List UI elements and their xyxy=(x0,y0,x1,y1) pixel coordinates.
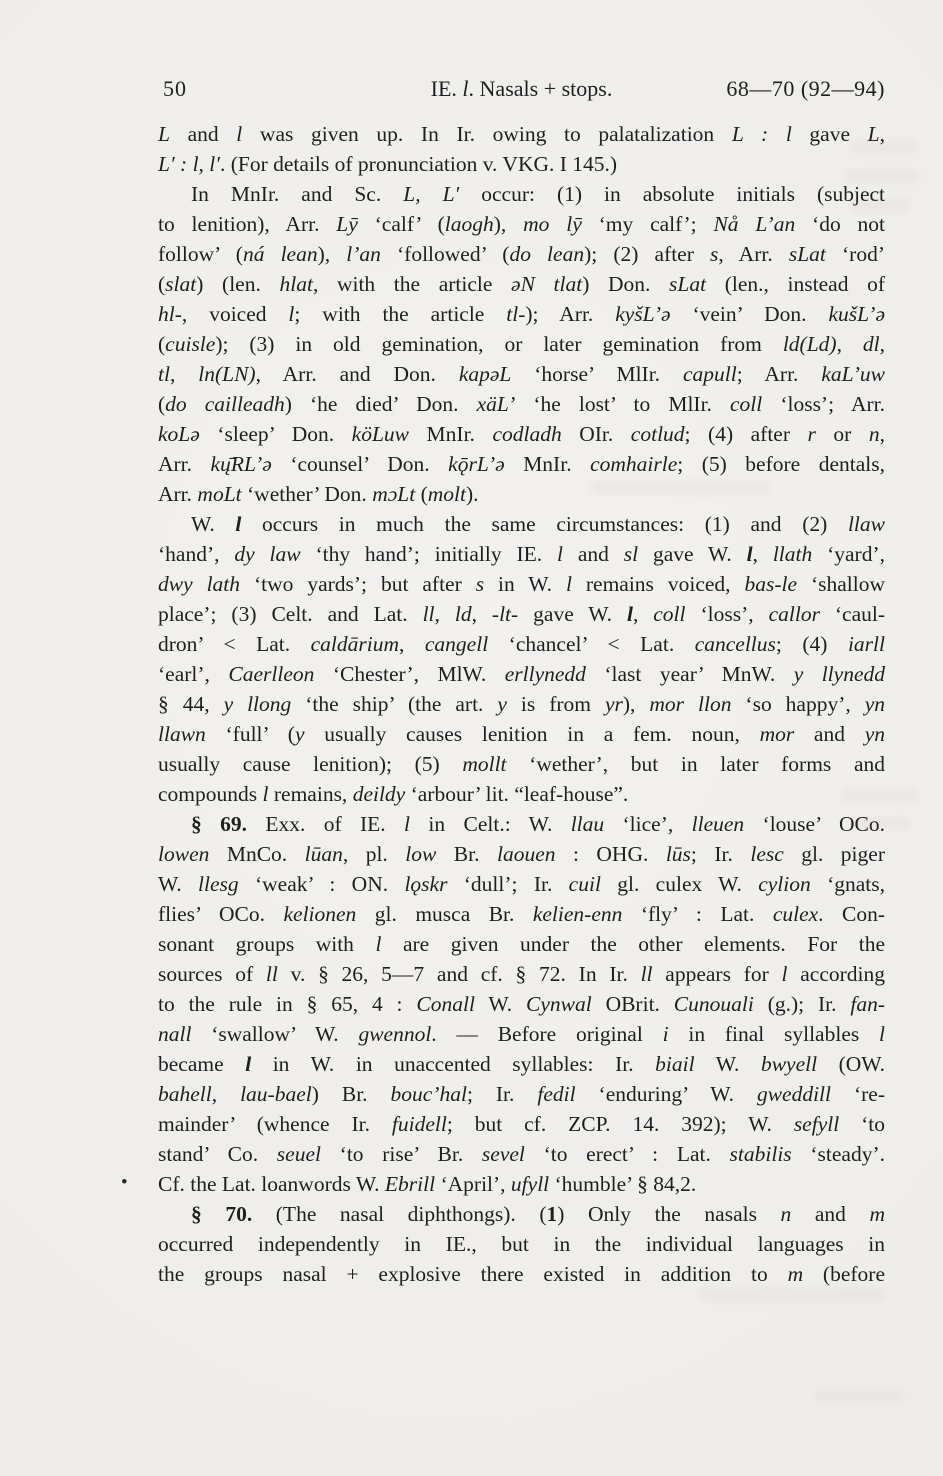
text-segment: do lean xyxy=(509,242,584,266)
text-line: stand’ Co. seuel ‘to rise’ Br. sevel ‘to… xyxy=(158,1139,885,1169)
text-segment: occurred independently in IE., but in th… xyxy=(158,1232,885,1256)
text-segment: (len., instead of xyxy=(706,272,885,296)
text-segment: , with the article xyxy=(313,272,511,296)
bleed-through-mark xyxy=(842,789,918,802)
text-segment: ná lean xyxy=(243,242,318,266)
text-segment: kapəL xyxy=(459,362,512,386)
text-segment: y xyxy=(295,722,305,746)
text-segment: ld(Ld) xyxy=(783,332,837,356)
text-segment: ld xyxy=(455,602,472,626)
text-segment: gl. culex W. xyxy=(601,872,758,896)
text-segment: y xyxy=(497,692,507,716)
text-segment: ‘arbour’ lit. “leaf-house”. xyxy=(405,782,628,806)
text-segment: cangell xyxy=(425,632,488,656)
text-segment: and xyxy=(794,722,864,746)
text-line: to lenition), Arr. Lȳ ‘calf’ (laogh), mo… xyxy=(158,209,885,239)
text-line: W. llesg ‘weak’ : ON. lǫskr ‘dull’; Ir. … xyxy=(158,869,885,899)
text-line: flies’ OCo. kelionen gl. musca Br. kelie… xyxy=(158,899,885,929)
text-segment: kelien-enn xyxy=(533,902,623,926)
text-segment: Caerlleon xyxy=(228,662,314,686)
text-segment: ‘April’, xyxy=(435,1172,511,1196)
text-line: ‘earl’, Caerlleon ‘Chester’, MlW. erllyn… xyxy=(158,659,885,689)
page-header: 50 IE. l. Nasals + stops. 68—70 (92—94) xyxy=(158,74,885,104)
text-segment: ; but cf. ZCP. 14. 392); W. xyxy=(447,1112,794,1136)
text-segment: Arr. xyxy=(158,482,197,506)
text-segment: gwennol xyxy=(358,1022,431,1046)
text-segment: gave W. xyxy=(518,602,627,626)
text-segment: , pl. xyxy=(343,842,405,866)
text-segment: kušL’ə xyxy=(828,302,885,326)
text-segment: ; (5) before dentals, xyxy=(677,452,885,476)
text-line: nall ‘swallow’ W. gwennol. — Before orig… xyxy=(158,1019,885,1049)
text-segment: ‘caul- xyxy=(820,602,885,626)
text-segment: , xyxy=(170,362,198,386)
text-segment: ; Ir. xyxy=(467,1082,537,1106)
text-segment: occurs in much the same circumstances: (… xyxy=(241,512,848,536)
text-segment: sources of xyxy=(158,962,266,986)
text-segment: fan- xyxy=(850,992,885,1016)
text-segment: follow’ ( xyxy=(158,242,243,266)
text-segment: dl xyxy=(863,332,880,356)
text-line: In MnIr. and Sc. L, L′ occur: (1) in abs… xyxy=(158,179,885,209)
text-line: dron’ < Lat. caldārium, cangell ‘chancel… xyxy=(158,629,885,659)
bleed-through-mark xyxy=(845,170,919,183)
text-segment: ) ‘he died’ Don. xyxy=(285,392,477,416)
text-segment: OBrit. xyxy=(592,992,674,1016)
text-segment: gl. musca Br. xyxy=(356,902,533,926)
text-segment: cancellus xyxy=(695,632,776,656)
text-segment: sl xyxy=(624,542,638,566)
text-line: bahell, lau-bael) Br. bouc’hal; Ir. fedi… xyxy=(158,1079,885,1109)
text-segment: erllynedd xyxy=(505,662,586,686)
text-segment: ), xyxy=(494,212,523,236)
text-segment: sefyll xyxy=(794,1112,839,1136)
text-line: § 70. (The nasal diphthongs). (1) Only t… xyxy=(158,1199,885,1229)
text-segment: or xyxy=(816,422,869,446)
text-segment: iarll xyxy=(848,632,885,656)
text-segment: ‘humble’ § 84,2. xyxy=(549,1172,696,1196)
text-segment: ) Br. xyxy=(312,1082,391,1106)
text-segment: moLt xyxy=(197,482,241,506)
text-segment: m xyxy=(788,1262,804,1286)
text-segment: Nå L’an xyxy=(713,212,795,236)
text-segment: ‘thy hand’; initially IE. xyxy=(301,542,557,566)
text-segment: köLuw xyxy=(352,422,409,446)
text-segment: xäL’ xyxy=(477,392,516,416)
text-segment: L′ : l, l′ xyxy=(158,152,220,176)
text-segment: (OW. xyxy=(817,1052,885,1076)
text-segment: are given under the other elements. For … xyxy=(381,932,885,956)
text-segment: ‘calf’ ( xyxy=(358,212,445,236)
page: 50 IE. l. Nasals + stops. 68—70 (92—94) … xyxy=(0,0,943,1476)
text-segment: L, L′ xyxy=(403,182,459,206)
text-segment: biail xyxy=(655,1052,694,1076)
text-segment: llau xyxy=(571,812,604,836)
text-segment: Conall xyxy=(416,992,475,1016)
text-segment: ‘weak’ : ON. xyxy=(239,872,405,896)
text-segment: n xyxy=(781,1202,792,1226)
text-segment: , Arr. and Don. xyxy=(256,362,459,386)
text-line: mainder’ (whence Ir. fuidell; but cf. ZC… xyxy=(158,1109,885,1139)
text-segment: llath xyxy=(773,542,812,566)
text-line: lowen MnCo. lūan, pl. low Br. laouen : O… xyxy=(158,839,885,869)
text-segment: llaw xyxy=(848,512,885,536)
text-segment: ‘re- xyxy=(831,1082,885,1106)
bleed-through-mark xyxy=(850,817,910,829)
text-segment: ; Ir. xyxy=(691,842,750,866)
text-segment: caldārium xyxy=(311,632,399,656)
text-segment: ‘loss’, xyxy=(686,602,769,626)
text-segment: ‘rod’ xyxy=(826,242,885,266)
text-segment: usually causes lenition in a fem. noun, xyxy=(305,722,760,746)
text-line: Arr. moLt ‘wether’ Don. mɔLt (molt). xyxy=(158,479,885,509)
text-segment: sonant groups with xyxy=(158,932,375,956)
text-line: ‘hand’, dy law ‘thy hand’; initially IE.… xyxy=(158,539,885,569)
text-segment: mɔLt xyxy=(372,482,415,506)
text-line: (do cailleadh) ‘he died’ Don. xäL’ ‘he l… xyxy=(158,389,885,419)
text-segment: capull xyxy=(683,362,737,386)
text-line: (cuisle); (3) in old gemination, or late… xyxy=(158,329,885,359)
body-text: L and l was given up. In Ir. owing to pa… xyxy=(158,119,885,1289)
text-segment: ‘enduring’ W. xyxy=(576,1082,757,1106)
text-segment: § 44, xyxy=(158,692,224,716)
text-segment: dwy lath xyxy=(158,572,240,596)
text-segment: ufyll xyxy=(511,1172,549,1196)
text-segment: gl. piger xyxy=(784,842,885,866)
text-segment: kyšL’ə xyxy=(615,302,670,326)
text-segment: do cailleadh xyxy=(165,392,285,416)
text-segment: (before xyxy=(803,1262,885,1286)
text-segment: MnIr. xyxy=(505,452,590,476)
text-segment: ‘shallow xyxy=(797,572,885,596)
text-segment: , xyxy=(880,422,885,446)
text-segment: § 69. xyxy=(191,812,247,836)
text-segment: codladh xyxy=(492,422,561,446)
text-segment: tl- xyxy=(506,302,525,326)
text-segment: ) (len. xyxy=(196,272,279,296)
text-segment: koLə xyxy=(158,422,200,446)
text-segment: ‘the ship’ (the art. xyxy=(291,692,497,716)
text-segment: ‘followed’ ( xyxy=(381,242,510,266)
text-segment: ; (4) after xyxy=(685,422,808,446)
text-segment: W. xyxy=(158,872,198,896)
text-segment: low xyxy=(405,842,436,866)
bleed-through-mark xyxy=(852,140,916,153)
text-segment: , xyxy=(435,602,455,626)
text-segment: kelionen xyxy=(283,902,356,926)
text-segment: according xyxy=(787,962,885,986)
text-segment: . Nasals + stops. xyxy=(469,76,613,101)
text-segment: is from xyxy=(507,692,605,716)
text-line: to the rule in § 65, 4 : Conall W. Cynwa… xyxy=(158,989,885,1019)
text-segment: flies’ OCo. xyxy=(158,902,283,926)
text-segment: Arr. xyxy=(158,452,211,476)
text-segment: s xyxy=(476,572,484,596)
text-segment: ). xyxy=(466,482,479,506)
text-segment: Cf. the Lat. loanwords W. xyxy=(158,1172,385,1196)
text-segment: fedil xyxy=(537,1082,575,1106)
text-line: sources of ll v. § 26, 5—7 and cf. § 72.… xyxy=(158,959,885,989)
text-segment: callor xyxy=(769,602,820,626)
text-segment: ); (3) in old gemination, or later gemin… xyxy=(215,332,783,356)
text-segment: ‘horse’ MlIr. xyxy=(511,362,683,386)
text-segment: stabilis xyxy=(730,1142,792,1166)
text-segment: cuil xyxy=(569,872,601,896)
text-segment: dron’ < Lat. xyxy=(158,632,311,656)
text-segment: . (For details of pronunciation v. VKG. … xyxy=(220,152,617,176)
text-segment: ‘yard’, xyxy=(812,542,885,566)
text-segment: Exx. of IE. xyxy=(247,812,404,836)
text-segment: to lenition), Arr. xyxy=(158,212,336,236)
text-segment: § 70. xyxy=(191,1202,252,1226)
text-segment: Br. xyxy=(436,842,497,866)
text-segment: ; Arr. xyxy=(737,362,822,386)
text-segment: ‘full’ ( xyxy=(206,722,295,746)
text-segment: tl xyxy=(158,362,170,386)
text-segment: ‘wether’ Don. xyxy=(242,482,373,506)
text-line: W. l occurs in much the same circumstanc… xyxy=(158,509,885,539)
text-segment: ‘my calf’; xyxy=(582,212,714,236)
text-segment: in W. in unaccented syllables: Ir. xyxy=(251,1052,655,1076)
text-line: dwy lath ‘two yards’; but after s in W. … xyxy=(158,569,885,599)
text-segment: Lȳ xyxy=(336,212,358,236)
text-segment: culex xyxy=(773,902,818,926)
text-segment: Ebrill xyxy=(385,1172,435,1196)
text-line: follow’ (ná lean), l’an ‘followed’ (do l… xyxy=(158,239,885,269)
text-segment: ‘counsel’ Don. xyxy=(272,452,448,476)
text-segment: sevel xyxy=(482,1142,525,1166)
text-segment: , Arr. xyxy=(718,242,788,266)
text-segment: gweddill xyxy=(757,1082,831,1106)
bleed-through-mark xyxy=(851,199,909,211)
text-segment: In MnIr. and Sc. xyxy=(191,182,403,206)
text-segment: yr xyxy=(605,692,623,716)
text-segment: bwyell xyxy=(761,1052,817,1076)
text-segment: lūs xyxy=(666,842,691,866)
text-segment: MnCo. xyxy=(209,842,304,866)
text-line: L′ : l, l′. (For details of pronunciatio… xyxy=(158,149,885,179)
text-segment: the groups nasal + explosive there exist… xyxy=(158,1262,788,1286)
text-segment: deildy xyxy=(353,782,406,806)
text-line: § 69. Exx. of IE. l in Celt.: W. llau ‘l… xyxy=(158,809,885,839)
text-segment: kaL’uw xyxy=(821,362,885,386)
text-segment: ‘Chester’, MlW. xyxy=(314,662,504,686)
text-segment: kų̄RL’ə xyxy=(211,452,272,476)
text-segment: mainder’ (whence Ir. xyxy=(158,1112,392,1136)
text-segment: ‘dull’; Ir. xyxy=(447,872,568,896)
text-segment: ‘vein’ Don. xyxy=(671,302,829,326)
text-segment: , xyxy=(753,542,773,566)
text-segment: ‘swallow’ W. xyxy=(191,1022,358,1046)
text-segment: occur: (1) in absolute initials (subject xyxy=(459,182,885,206)
text-segment: W. xyxy=(475,992,526,1016)
text-segment: bouc’hal xyxy=(391,1082,467,1106)
scanned-book-page: { "page": { "paper_color": "#f1efec", "i… xyxy=(0,0,943,1476)
text-segment: , xyxy=(472,602,492,626)
text-segment: əN tlat xyxy=(511,272,582,296)
text-segment: gave W. xyxy=(638,542,746,566)
text-segment: ; with the article xyxy=(294,302,506,326)
text-segment: L xyxy=(158,122,170,146)
text-segment: . Con- xyxy=(818,902,885,926)
text-segment: ) Don. xyxy=(582,272,669,296)
text-segment: 1 xyxy=(547,1202,558,1226)
text-segment: in W. xyxy=(484,572,566,596)
text-segment: ‘fly’ : Lat. xyxy=(622,902,772,926)
bleed-through-mark xyxy=(700,1288,885,1301)
text-line: L and l was given up. In Ir. owing to pa… xyxy=(158,119,885,149)
text-segment: in final syllables xyxy=(669,1022,879,1046)
text-segment: and xyxy=(170,122,236,146)
text-line: occurred independently in IE., but in th… xyxy=(158,1229,885,1259)
text-segment: ‘gnats, xyxy=(811,872,885,896)
text-segment: ‘wether’, but in later forms and xyxy=(507,752,885,776)
text-segment: mo lȳ xyxy=(523,212,582,236)
text-segment: was given up. In Ir. owing to palataliza… xyxy=(242,122,732,146)
bleed-through-mark xyxy=(815,1389,903,1402)
text-segment: ( xyxy=(415,482,428,506)
text-segment: lleuen xyxy=(692,812,745,836)
text-segment: coll xyxy=(653,602,685,626)
text-segment: lowen xyxy=(158,842,209,866)
margin-bullet-mark: • xyxy=(121,1168,141,1198)
text-segment: OIr. xyxy=(562,422,631,446)
text-segment: usually cause lenition); (5) xyxy=(158,752,462,776)
text-segment: y llynedd xyxy=(794,662,885,686)
text-segment: cotlud xyxy=(631,422,685,446)
text-segment: ‘earl’, xyxy=(158,662,228,686)
text-segment: l’an xyxy=(346,242,381,266)
text-segment: mor llon xyxy=(649,692,731,716)
text-segment: in Celt.: W. xyxy=(410,812,571,836)
text-segment: coll xyxy=(730,392,762,416)
text-segment: ‘to rise’ Br. xyxy=(321,1142,482,1166)
text-segment: ll xyxy=(641,962,653,986)
text-segment: ); Arr. xyxy=(525,302,615,326)
text-line: usually cause lenition); (5) mollt ‘weth… xyxy=(158,749,885,779)
text-line: llawn ‘full’ (y usually causes lenition … xyxy=(158,719,885,749)
text-segment: Cynwal xyxy=(526,992,592,1016)
text-segment: ‘to xyxy=(839,1112,885,1136)
text-segment: -lt- xyxy=(492,602,518,626)
text-segment: MnIr. xyxy=(409,422,492,446)
text-segment: cylion xyxy=(758,872,811,896)
text-segment: ‘lice’, xyxy=(604,812,691,836)
text-segment: W. xyxy=(695,1052,761,1076)
text-segment: ; (4) xyxy=(776,632,848,656)
text-segment: fuidell xyxy=(392,1112,447,1136)
text-line: compounds l remains, deildy ‘arbour’ lit… xyxy=(158,779,885,809)
text-segment: ) Only the nasals xyxy=(557,1202,780,1226)
text-segment: seuel xyxy=(277,1142,321,1166)
text-segment: ‘so happy’, xyxy=(731,692,864,716)
text-segment: bahell, lau-bael xyxy=(158,1082,312,1106)
text-segment: bas-le xyxy=(744,572,797,596)
text-segment: hlat xyxy=(279,272,312,296)
text-segment: ), xyxy=(623,692,650,716)
text-segment: remains, xyxy=(269,782,353,806)
text-segment: hl- xyxy=(158,302,182,326)
text-segment: and xyxy=(563,542,624,566)
section-range: 68—70 (92—94) xyxy=(726,74,885,104)
text-segment: compounds xyxy=(158,782,263,806)
text-segment: (g.); Ir. xyxy=(754,992,851,1016)
text-segment: slat xyxy=(165,272,196,296)
text-segment: n xyxy=(869,422,880,446)
text-segment: and xyxy=(791,1202,869,1226)
text-line: Arr. kų̄RL’ə ‘counsel’ Don. kǭrL’ə MnIr.… xyxy=(158,449,885,479)
text-segment: laouen xyxy=(497,842,556,866)
text-segment: lǫskr xyxy=(404,872,447,896)
text-segment: ll xyxy=(266,962,278,986)
text-line: koLə ‘sleep’ Don. köLuw MnIr. codladh OI… xyxy=(158,419,885,449)
text-segment: m xyxy=(869,1202,885,1226)
text-segment: stand’ Co. xyxy=(158,1142,277,1166)
text-line: (slat) (len. hlat, with the article əN t… xyxy=(158,269,885,299)
text-segment: , xyxy=(399,632,425,656)
text-segment: y llong xyxy=(224,692,292,716)
text-line: the groups nasal + explosive there exist… xyxy=(158,1259,885,1289)
text-segment: ); (2) after xyxy=(584,242,710,266)
text-segment: kǭrL’ə xyxy=(448,452,505,476)
text-segment: became xyxy=(158,1052,245,1076)
text-segment: r xyxy=(808,422,816,446)
text-segment: yn xyxy=(865,722,885,746)
text-segment: lūan xyxy=(305,842,343,866)
text-segment: yn xyxy=(865,692,885,716)
text-segment: ln(LN) xyxy=(198,362,255,386)
text-segment: llesg xyxy=(198,872,239,896)
text-segment: ‘two yards’; but after xyxy=(240,572,476,596)
text-segment: comhairle xyxy=(590,452,677,476)
bleed-through-mark xyxy=(592,481,770,494)
text-line: Cf. the Lat. loanwords W. Ebrill ‘April’… xyxy=(158,1169,885,1199)
text-segment: ‘hand’, xyxy=(158,542,234,566)
text-segment: llawn xyxy=(158,722,206,746)
text-segment: nall xyxy=(158,1022,191,1046)
text-segment: . — Before original xyxy=(431,1022,662,1046)
text-line: tl, ln(LN), Arr. and Don. kapəL ‘horse’ … xyxy=(158,359,885,389)
text-line: place’; (3) Celt. and Lat. ll, ld, -lt- … xyxy=(158,599,885,629)
text-segment: ll xyxy=(423,602,435,626)
text-segment: ‘he lost’ to MlIr. xyxy=(515,392,730,416)
text-segment: IE. xyxy=(431,76,463,101)
text-segment: lesc xyxy=(750,842,783,866)
text-line: hl-, voiced l; with the article tl-); Ar… xyxy=(158,299,885,329)
text-segment: ‘sleep’ Don. xyxy=(200,422,352,446)
text-segment: ‘to erect’ : Lat. xyxy=(525,1142,730,1166)
text-segment: (The nasal diphthongs). ( xyxy=(252,1202,546,1226)
text-segment: Cunouali xyxy=(674,992,754,1016)
text-segment: , xyxy=(837,332,863,356)
text-segment: ‘steady’. xyxy=(792,1142,885,1166)
text-segment: cuisle xyxy=(165,332,215,356)
text-segment: appears for xyxy=(653,962,782,986)
text-segment: ‘loss’; Arr. xyxy=(762,392,885,416)
text-segment: ‘chancel’ < Lat. xyxy=(488,632,695,656)
text-segment: L : l xyxy=(732,122,792,146)
text-segment: to the rule in § 65, 4 : xyxy=(158,992,416,1016)
text-line: became l in W. in unaccented syllables: … xyxy=(158,1049,885,1079)
text-line: sonant groups with l are given under the… xyxy=(158,929,885,959)
text-segment: dy law xyxy=(234,542,300,566)
text-segment: sLat xyxy=(789,242,826,266)
text-segment: v. § 26, 5—7 and cf. § 72. In Ir. xyxy=(278,962,641,986)
text-segment: , voiced xyxy=(182,302,289,326)
text-segment: W. xyxy=(191,512,235,536)
text-segment: molt xyxy=(428,482,466,506)
text-segment: : OHG. xyxy=(556,842,666,866)
